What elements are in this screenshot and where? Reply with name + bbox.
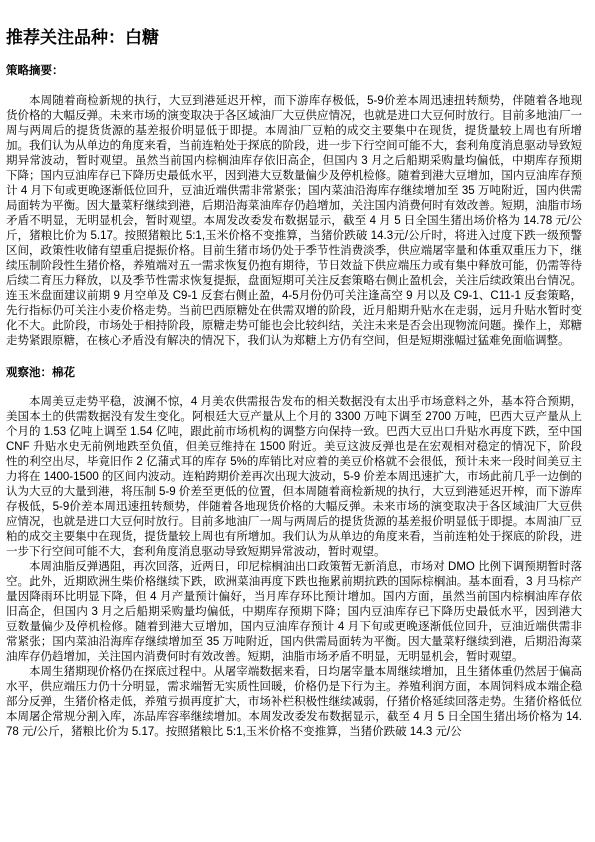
watchlist-paragraph-hogs: 本周生猪期现价格仍在探底过程中。从屠宰端数据来看，日均屠宰量本周继续增加，且生猪… [6, 665, 582, 740]
recommended-variety-title: 推荐关注品种：白糖 [6, 28, 582, 48]
watchlist-paragraph-soybean: 本周美豆走势平稳，波澜不惊，4 月美农供需报告发布的相关数据没有太出乎市场意料之… [6, 395, 582, 560]
strategy-summary-paragraph: 本周随着商检新规的执行，大豆到港延迟开榨，而下游库存极低，5-9价差本周迅速扭转… [6, 94, 582, 349]
report-page: 推荐关注品种：白糖 策略摘要： 本周随着商检新规的执行，大豆到港延迟开榨，而下游… [0, 0, 595, 842]
strategy-summary-heading: 策略摘要： [6, 65, 582, 79]
watchlist-title: 观察池：棉花 [6, 367, 582, 381]
watchlist-paragraph-oils: 本周油脂反弹遇阻，再次回落，近两日，印尼棕榈油出口政策暂无新消息，市场对 DMO… [6, 560, 582, 665]
